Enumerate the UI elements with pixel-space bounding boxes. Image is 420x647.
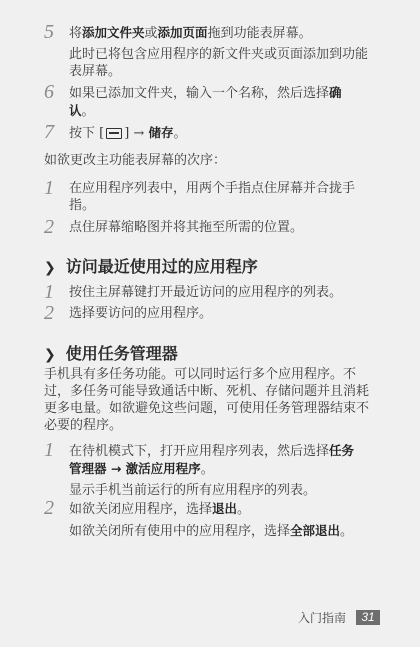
step-7: 7 按下 [] → 储存。 xyxy=(44,124,384,142)
chevron-right-icon: ❯ xyxy=(44,260,56,276)
menu-key-icon xyxy=(106,128,122,139)
step-note: 如欲关闭所有使用中的应用程序，选择全部退出。 xyxy=(69,522,384,540)
section-heading-taskmgr: ❯使用任务管理器 xyxy=(44,341,178,364)
bold-term: 添加页面 xyxy=(158,25,208,40)
bold-term: 储存 xyxy=(148,125,173,140)
step-5: 5 将添加文件夹或添加页面拖到功能表屏幕。 此时已将包含应用程序的新文件夹或页面… xyxy=(44,24,384,80)
taskmgr-step-1: 1 在待机模式下，打开应用程序列表，然后选择任务管理器 → 激活应用程序。 显示… xyxy=(44,442,384,499)
step-number: 6 xyxy=(44,81,62,104)
page-footer: 入门指南 31 xyxy=(298,609,380,626)
step-note: 显示手机当前运行的所有应用程序的列表。 xyxy=(69,482,384,499)
bold-term: 全部退出 xyxy=(290,523,340,538)
step-6: 6 如果已添加文件夹，输入一个名称，然后选择确认。 xyxy=(44,84,384,120)
step-number: 7 xyxy=(44,121,62,144)
step-number: 1 xyxy=(44,281,62,304)
chevron-right-icon: ❯ xyxy=(44,347,56,363)
page-number: 31 xyxy=(356,610,380,625)
bold-term: 退出 xyxy=(212,501,237,516)
reorder-intro: 如欲更改主功能表屏幕的次序： xyxy=(44,152,374,169)
reorder-step-2: 2 点住屏幕缩略图并将其拖至所需的位置。 xyxy=(44,219,384,236)
step-number: 5 xyxy=(44,21,62,44)
step-number: 2 xyxy=(44,216,62,239)
step-number: 2 xyxy=(44,497,62,520)
bold-term: 添加文件夹 xyxy=(82,25,145,40)
recent-step-1: 1 按住主屏幕键打开最近访问的应用程序的列表。 xyxy=(44,284,384,301)
taskmgr-step-2: 2 如欲关闭应用程序，选择退出。 如欲关闭所有使用中的应用程序，选择全部退出。 xyxy=(44,500,384,540)
step-note: 此时已将包含应用程序的新文件夹或页面添加到功能表屏幕。 xyxy=(69,46,369,80)
manual-page: 5 将添加文件夹或添加页面拖到功能表屏幕。 此时已将包含应用程序的新文件夹或页面… xyxy=(0,0,420,647)
taskmgr-intro: 手机具有多任务功能。可以同时运行多个应用程序。不过，多任务可能导致通话中断、死机… xyxy=(44,366,372,434)
step-number: 1 xyxy=(44,439,62,462)
step-number: 2 xyxy=(44,302,62,325)
step-number: 1 xyxy=(44,177,62,200)
chapter-label: 入门指南 xyxy=(298,609,346,626)
reorder-step-1: 1 在应用程序列表中，用两个手指点住屏幕并合拢手指。 xyxy=(44,180,384,214)
recent-step-2: 2 选择要访问的应用程序。 xyxy=(44,305,384,322)
section-heading-recent: ❯访问最近使用过的应用程序 xyxy=(44,254,258,277)
